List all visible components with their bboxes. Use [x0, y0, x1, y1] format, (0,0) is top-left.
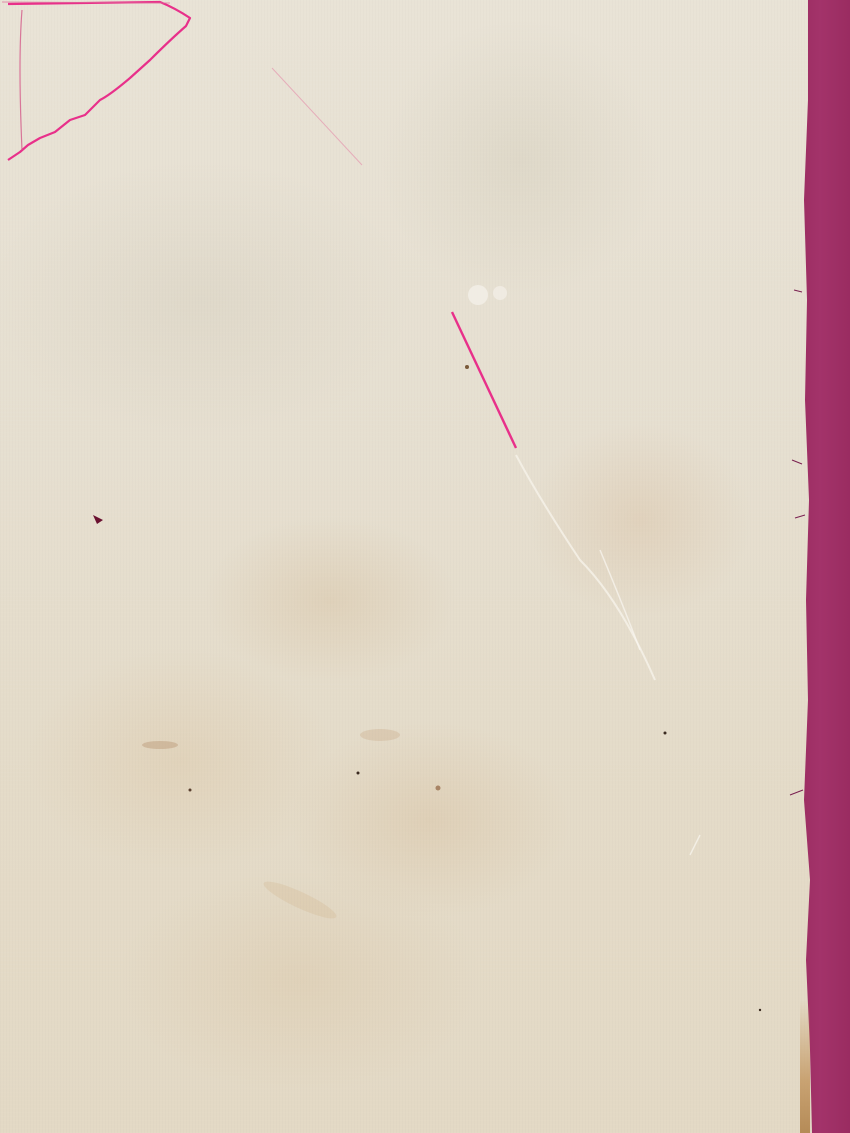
book-back-cover-photo — [0, 0, 850, 1133]
pink-ink-outline — [8, 2, 190, 160]
white-scratch — [600, 550, 640, 650]
dark-speck — [93, 515, 103, 524]
pink-ink-side — [20, 10, 22, 150]
dark-speck — [436, 786, 441, 791]
pink-ink-line — [452, 312, 516, 448]
paper-spot — [468, 285, 488, 305]
dark-speck — [465, 365, 469, 369]
dark-speck — [357, 772, 360, 775]
dark-speck — [189, 789, 192, 792]
dark-speck — [664, 732, 667, 735]
pink-faint-streak — [272, 68, 362, 165]
white-scratch — [690, 835, 700, 855]
white-scratch — [516, 455, 655, 680]
pen-marks-and-scratches — [0, 0, 850, 1133]
paper-spot — [493, 286, 507, 300]
dark-speck — [759, 1009, 761, 1011]
